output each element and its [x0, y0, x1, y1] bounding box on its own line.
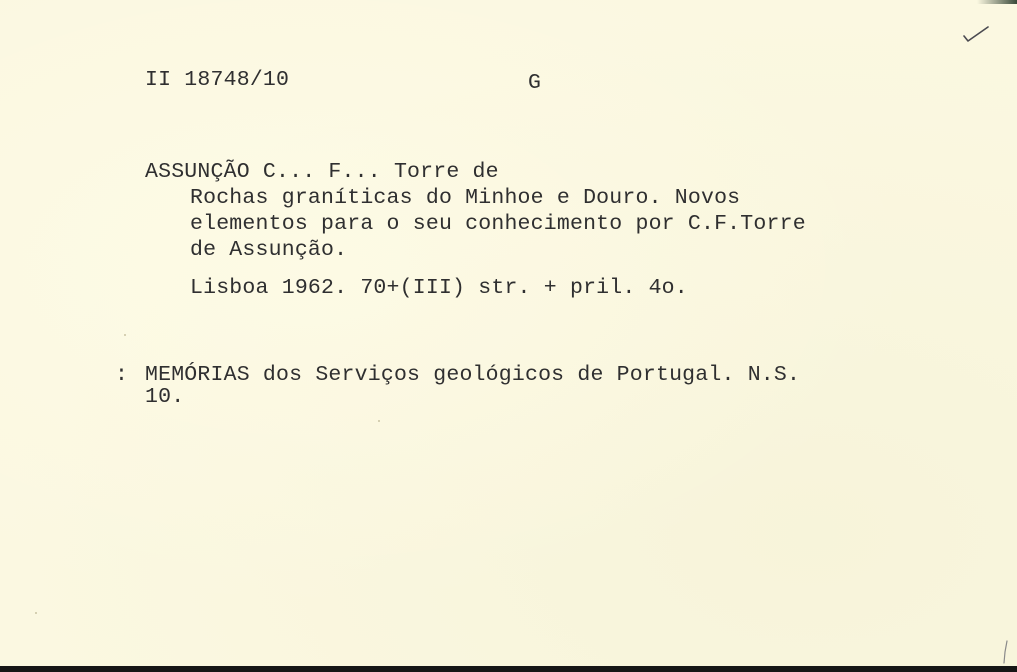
imprint: Lisboa 1962. 70+(III) str. + pril. 4o. [190, 275, 688, 301]
series-statement: 10. [145, 384, 184, 410]
location-code: G [528, 70, 541, 96]
title-line: de Assunção. [190, 237, 347, 263]
paper-speck [378, 420, 380, 422]
title-line: elementos para o seu conhecimento por C.… [190, 211, 806, 237]
catalog-card: II 18748/10 G ASSUNÇÃO C... F... Torre d… [0, 0, 1017, 666]
checkmark-icon [962, 24, 990, 42]
paper-speck [124, 334, 126, 336]
author-heading: ASSUNÇÃO C... F... Torre de [145, 159, 499, 185]
paper-speck [35, 612, 37, 614]
call-number: II 18748/10 [145, 67, 289, 93]
scan-border [0, 666, 1017, 672]
title-line: Rochas graníticas do Minhoe e Douro. Nov… [190, 185, 740, 211]
series-statement: MEMÓRIAS dos Serviços geológicos de Port… [145, 362, 800, 388]
card-edge-shadow [977, 0, 1017, 4]
series-prefix: : [115, 362, 128, 388]
pencil-mark-icon [1000, 640, 1010, 664]
